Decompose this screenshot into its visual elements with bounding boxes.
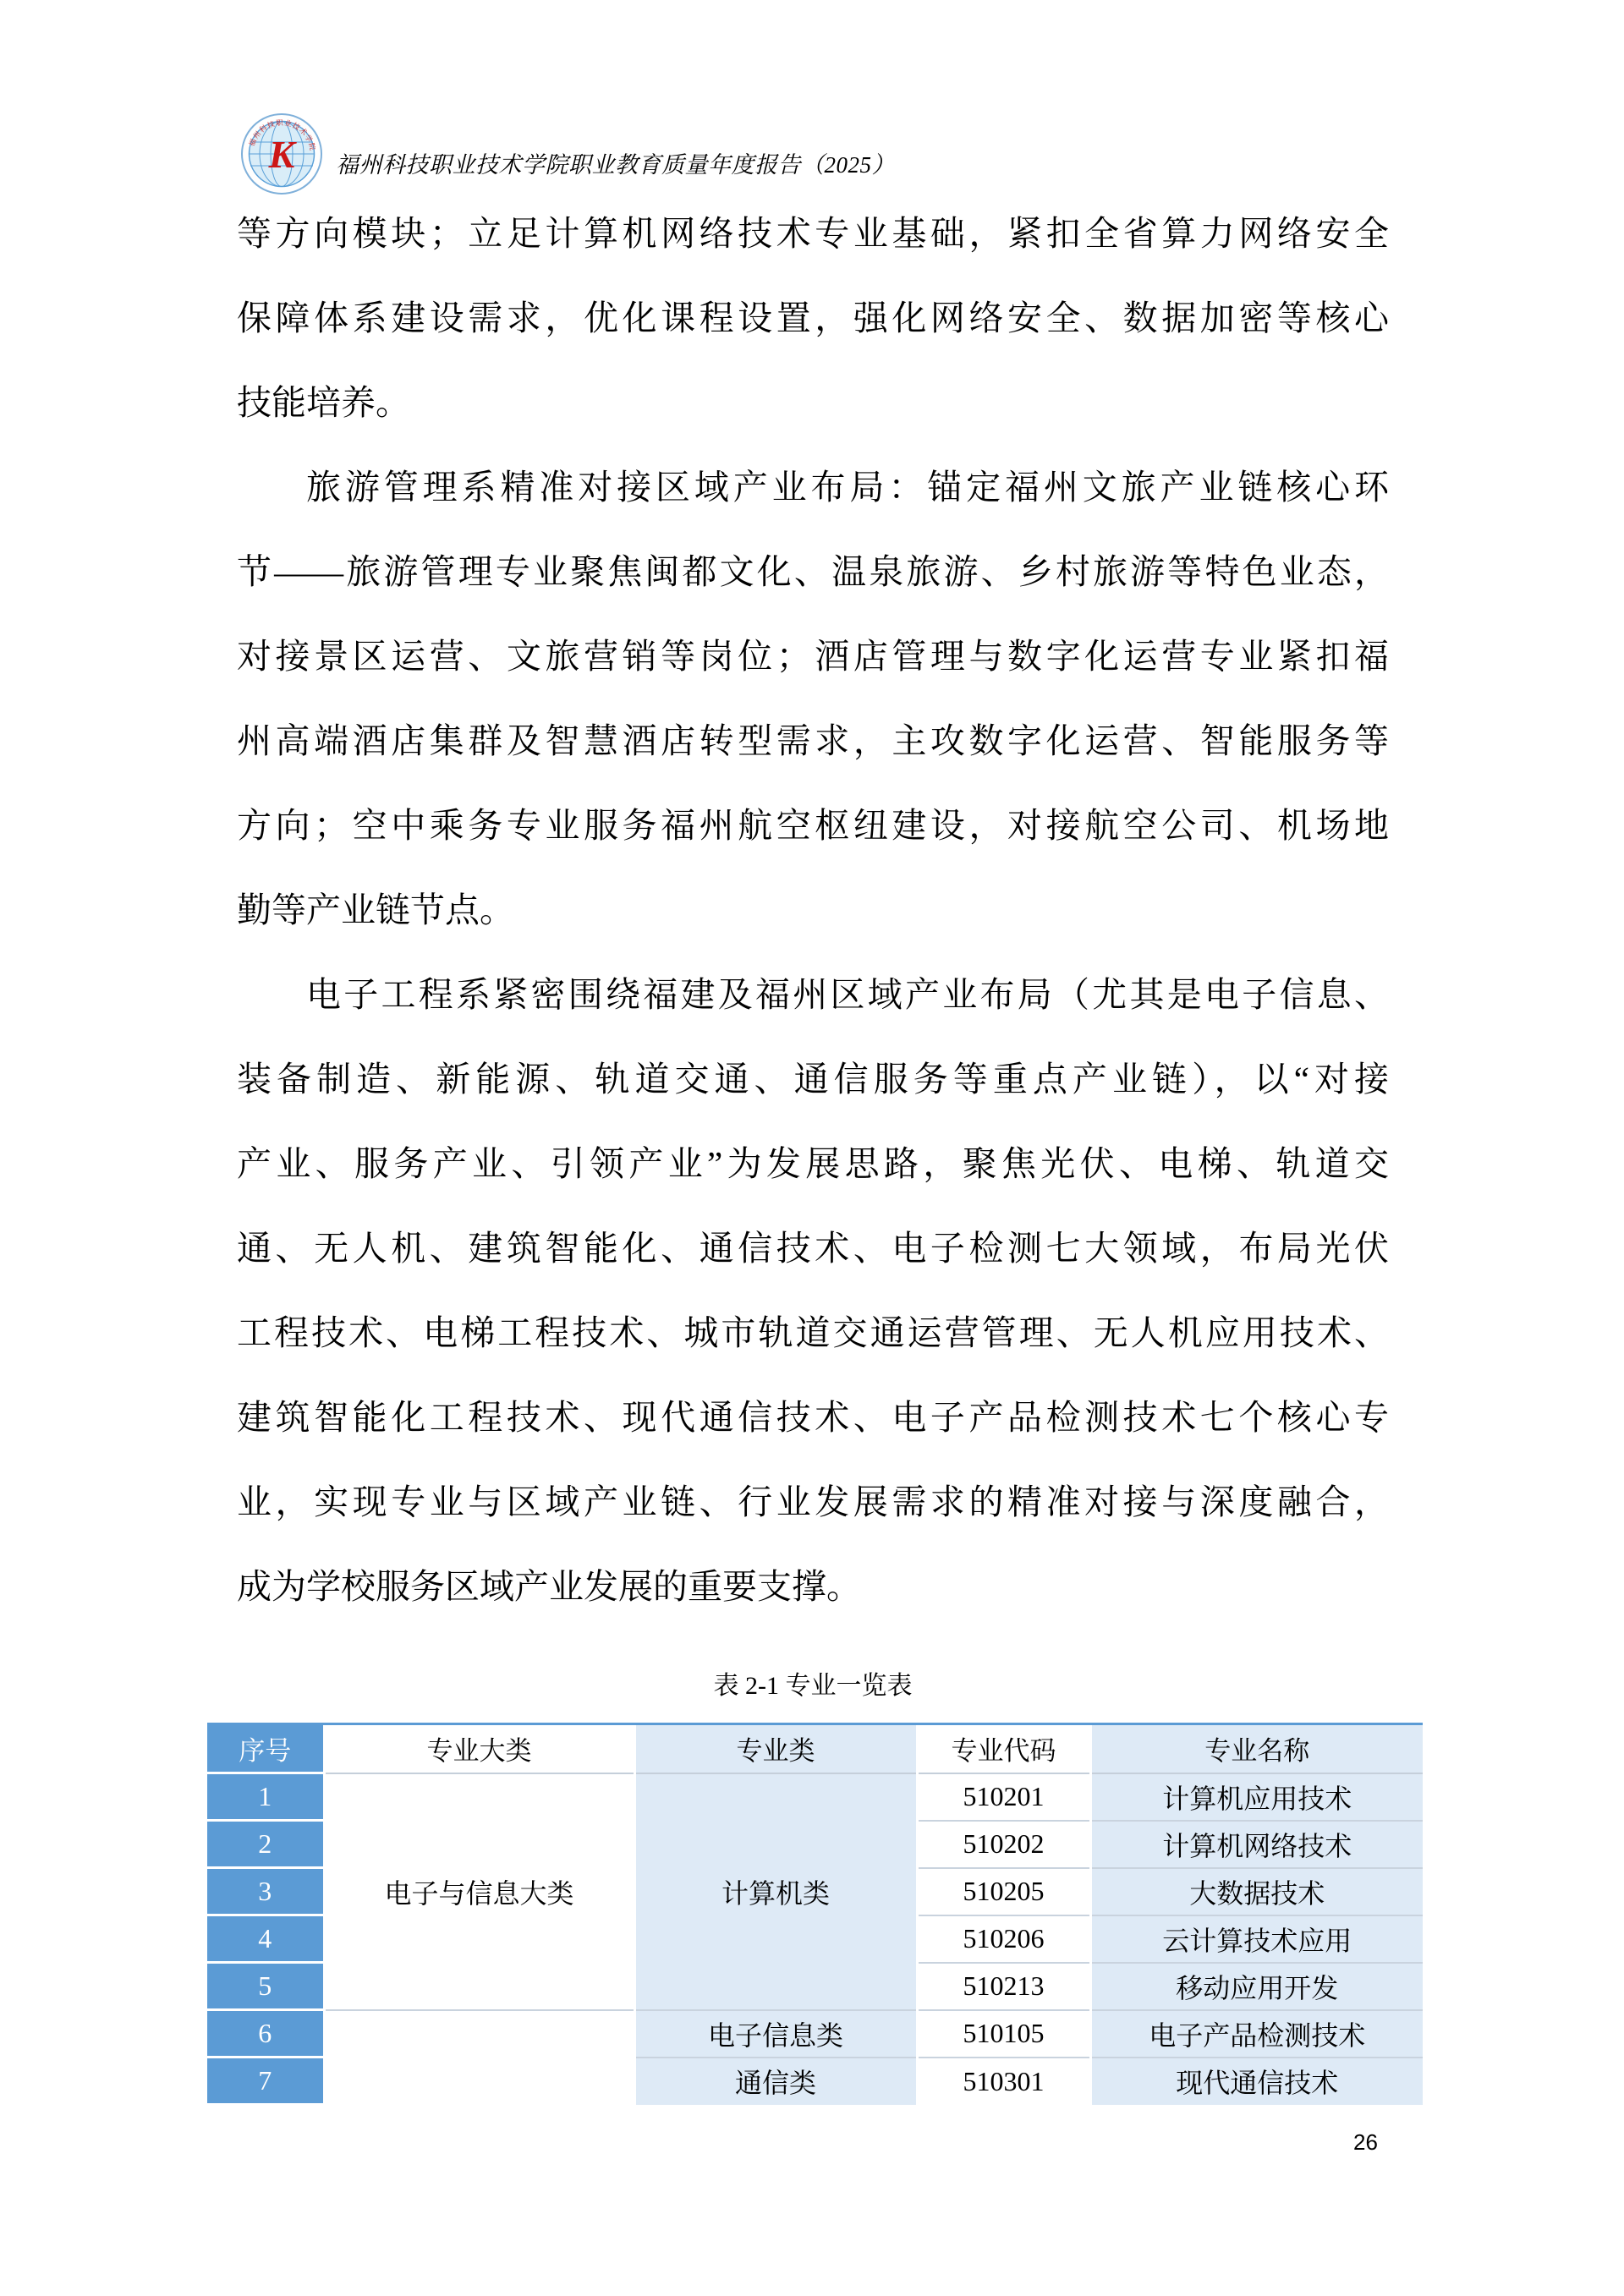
table-row: 6 电子信息类 510105 电子产品检测技术 xyxy=(207,2010,1423,2058)
major-category-cell-empty xyxy=(324,2010,634,2105)
text-line: 对接景区运营、文旅营销等岗位；酒店管理与数字化运营专业紧扣福 xyxy=(237,614,1389,699)
row-index-cell: 7 xyxy=(207,2058,324,2105)
paragraph-2: 旅游管理系精准对接区域产业布局：锚定福州文旅产业链核心环 节——旅游管理专业聚焦… xyxy=(237,445,1389,952)
header-cell-name: 专业名称 xyxy=(1090,1725,1423,1773)
table-row: 1 电子与信息大类 计算机类 510201 计算机应用技术 xyxy=(207,1773,1423,1821)
paragraph-1: 等方向模块；立足计算机网络技术专业基础，紧扣全省算力网络安全 保障体系建设需求，… xyxy=(237,191,1389,445)
row-index-cell: 4 xyxy=(207,1915,324,1963)
text-line: 等方向模块；立足计算机网络技术专业基础，紧扣全省算力网络安全 xyxy=(237,191,1389,276)
class-cell: 通信类 xyxy=(634,2058,917,2105)
code-cell: 510105 xyxy=(917,2010,1090,2058)
row-index-cell: 2 xyxy=(207,1821,324,1868)
paragraph-3: 电子工程系紧密围绕福建及福州区域产业布局（尤其是电子信息、 装备制造、新能源、轨… xyxy=(237,952,1389,1629)
text-line: 产业、服务产业、引领产业”为发展思路，聚焦光伏、电梯、轨道交 xyxy=(237,1121,1389,1206)
table-header-row: 序号 专业大类 专业类 专业代码 专业名称 xyxy=(207,1725,1423,1773)
class-cell: 计算机类 xyxy=(634,1773,917,2010)
text-line: 成为学校服务区域产业发展的重要支撑。 xyxy=(237,1544,1389,1629)
text-line: 州高端酒店集群及智慧酒店转型需求，主攻数字化运营、智能服务等 xyxy=(237,699,1389,783)
text-line: 旅游管理系精准对接区域产业布局：锚定福州文旅产业链核心环 xyxy=(237,445,1389,529)
code-cell: 510205 xyxy=(917,1868,1090,1915)
text-line: 勤等产业链节点。 xyxy=(237,868,1389,952)
code-cell: 510202 xyxy=(917,1821,1090,1868)
text-line: 电子工程系紧密围绕福建及福州区域产业布局（尤其是电子信息、 xyxy=(237,952,1389,1037)
row-index-cell: 3 xyxy=(207,1868,324,1915)
text-line: 方向；空中乘务专业服务福州航空枢纽建设，对接航空公司、机场地 xyxy=(237,783,1389,868)
header-cell-code: 专业代码 xyxy=(917,1725,1090,1773)
header-cell-index: 序号 xyxy=(207,1725,324,1773)
code-cell: 510213 xyxy=(917,1963,1090,2010)
header-cell-class: 专业类 xyxy=(634,1725,917,1773)
text-line: 通、无人机、建筑智能化、通信技术、电子检测七大领域，布局光伏 xyxy=(237,1206,1389,1290)
row-index-cell: 1 xyxy=(207,1773,324,1821)
text-line: 保障体系建设需求，优化课程设置，强化网络安全、数据加密等核心 xyxy=(237,276,1389,360)
text-line: 技能培养。 xyxy=(237,360,1389,445)
name-cell: 移动应用开发 xyxy=(1090,1963,1423,2010)
code-cell: 510301 xyxy=(917,2058,1090,2105)
logo-letter: K xyxy=(268,133,298,176)
major-category-cell: 电子与信息大类 xyxy=(324,1773,634,2010)
table-caption: 表 2-1 专业一览表 xyxy=(237,1668,1389,1705)
name-cell: 现代通信技术 xyxy=(1090,2058,1423,2105)
body-text: 等方向模块；立足计算机网络技术专业基础，紧扣全省算力网络安全 保障体系建设需求，… xyxy=(237,191,1389,1629)
school-logo-icon: 福州科技职业技术学院 K xyxy=(239,110,324,198)
page-header: 福州科技职业技术学院 K 福州科技职业技术学院职业教育质量年度报告（2025） xyxy=(239,110,895,198)
text-line: 装备制造、新能源、轨道交通、通信服务等重点产业链），以“对接 xyxy=(237,1037,1389,1121)
text-line: 建筑智能化工程技术、现代通信技术、电子产品检测技术七个核心专 xyxy=(237,1375,1389,1460)
row-index-cell: 5 xyxy=(207,1963,324,2010)
name-cell: 电子产品检测技术 xyxy=(1090,2010,1423,2058)
header-cell-major-category: 专业大类 xyxy=(324,1725,634,1773)
row-index-cell: 6 xyxy=(207,2010,324,2058)
document-title: 福州科技职业技术学院职业教育质量年度报告（2025） xyxy=(336,148,895,182)
name-cell: 计算机网络技术 xyxy=(1090,1821,1423,1868)
code-cell: 510201 xyxy=(917,1773,1090,1821)
majors-table: 序号 专业大类 专业类 专业代码 专业名称 1 电子与信息大类 计算机类 510… xyxy=(207,1725,1423,2106)
page-number: 26 xyxy=(1353,2129,1378,2156)
name-cell: 云计算技术应用 xyxy=(1090,1915,1423,1963)
text-line: 业，实现专业与区域产业链、行业发展需求的精准对接与深度融合， xyxy=(237,1460,1389,1544)
class-cell: 电子信息类 xyxy=(634,2010,917,2058)
text-line: 工程技术、电梯工程技术、城市轨道交通运营管理、无人机应用技术、 xyxy=(237,1290,1389,1375)
text-line: 节——旅游管理专业聚焦闽都文化、温泉旅游、乡村旅游等特色业态， xyxy=(237,529,1389,614)
name-cell: 大数据技术 xyxy=(1090,1868,1423,1915)
name-cell: 计算机应用技术 xyxy=(1090,1773,1423,1821)
code-cell: 510206 xyxy=(917,1915,1090,1963)
